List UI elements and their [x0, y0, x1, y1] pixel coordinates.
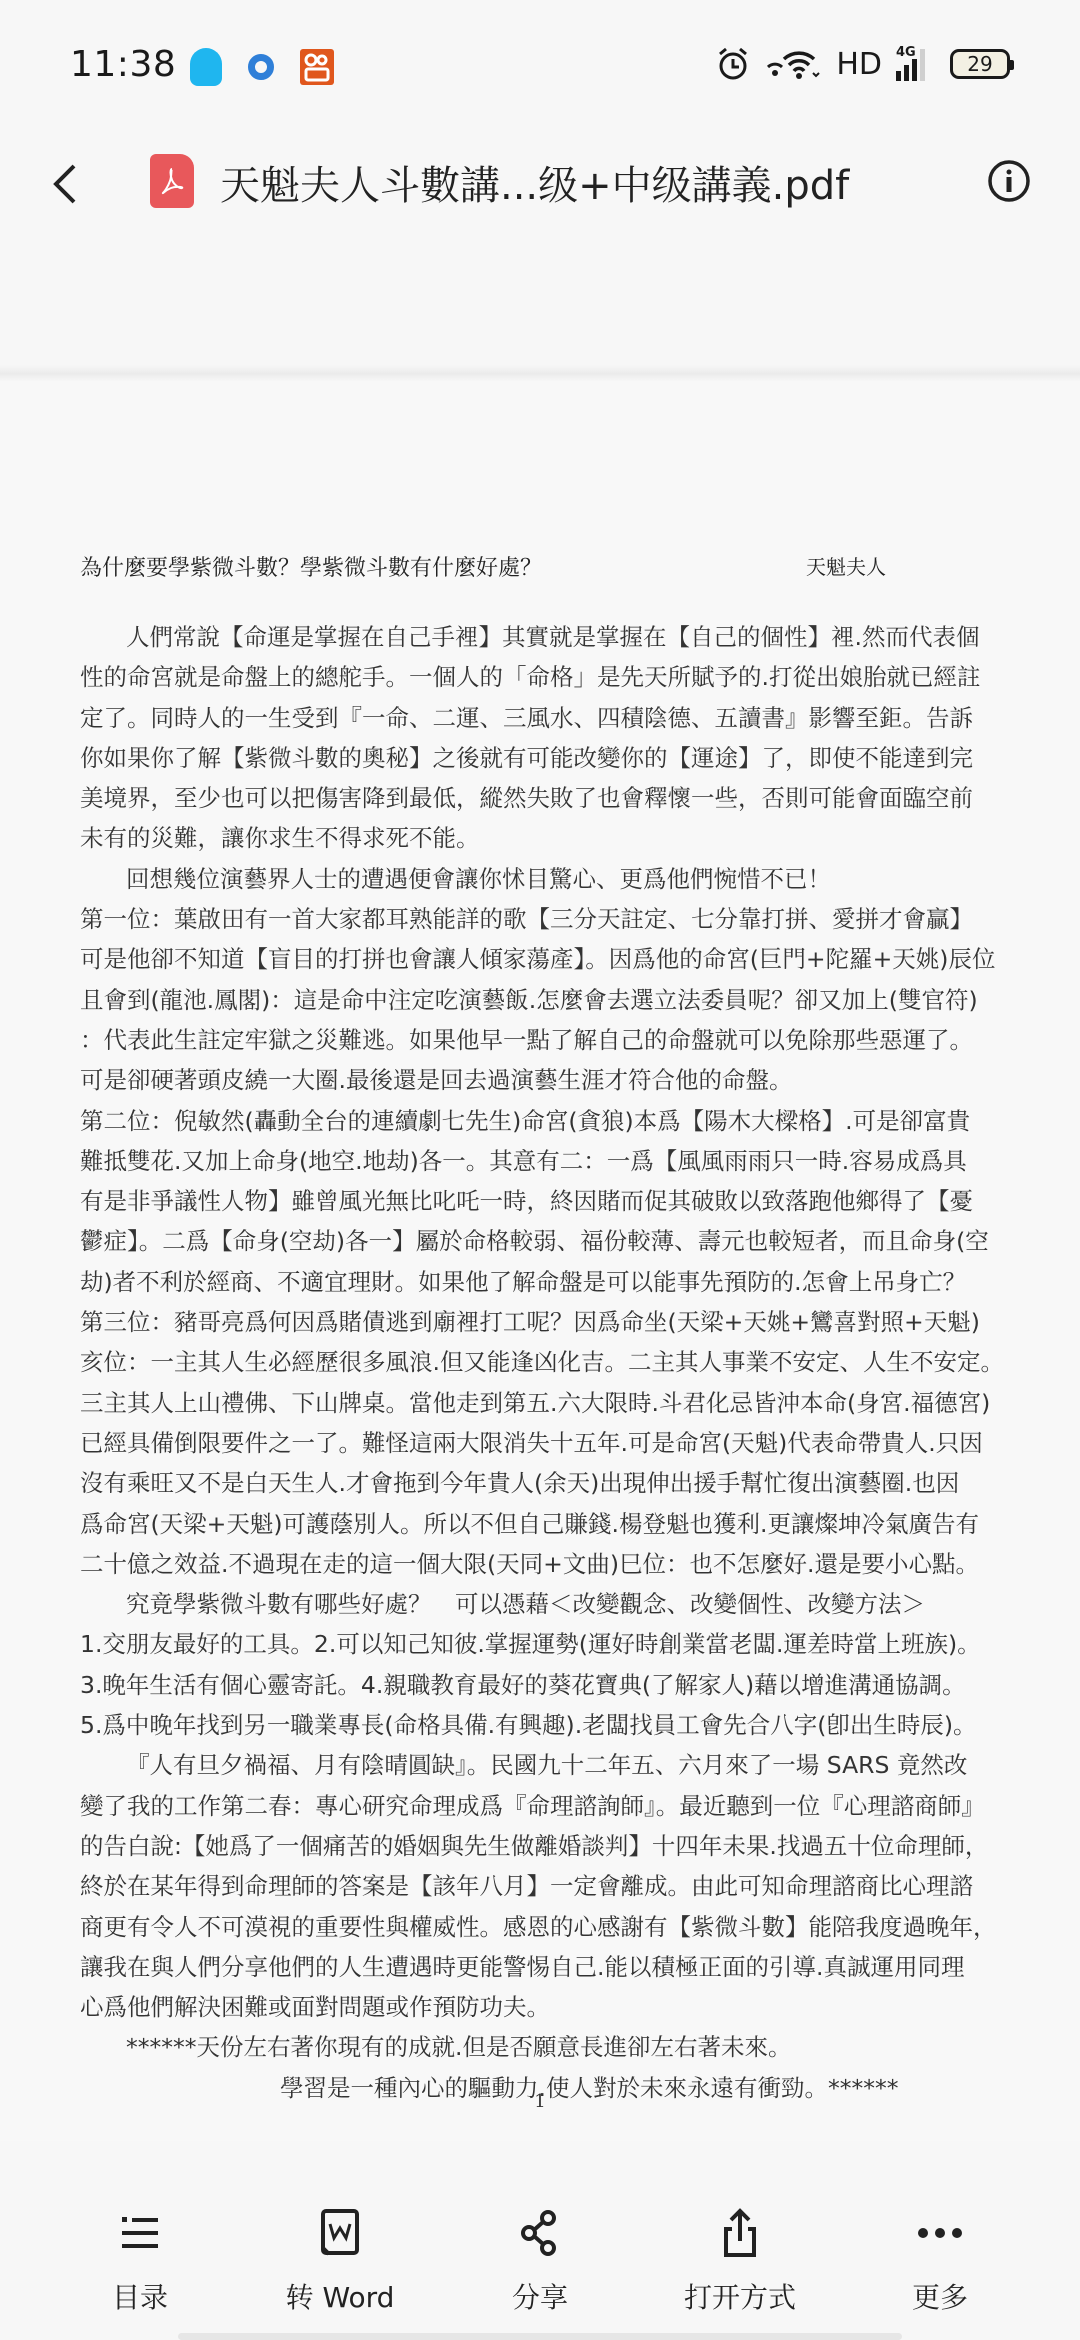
pdf-text-line: 鬱症】。二爲【命身(空劫)各一】屬於命格較弱、福份較薄、壽元也較短者，而且命身(…	[80, 1221, 1005, 1261]
page-separator	[0, 365, 1080, 381]
pdf-text-line: 且會到(龍池.鳳閣)：這是命中注定吃演藝飯.怎麼會去選立法委員呢？卻又加上(雙官…	[80, 980, 1005, 1020]
pdf-text-line: ：代表此生註定牢獄之災難逃。如果他早一點了解自己的命盤就可以免除那些惡運了。	[80, 1020, 1005, 1060]
status-bar: 11:38 HD 4G 29	[0, 0, 1080, 130]
pdf-text-line: ******天份左右著你現有的成就.但是否願意長進卻左右著未來。	[80, 2027, 1005, 2067]
share-button[interactable]: 分享	[455, 2180, 625, 2340]
pdf-text-line: 3.晚年生活有個心靈寄託。4.親職教育最好的葵花寶典(了解家人)藉以增進溝通協調…	[80, 1665, 1005, 1705]
convert-word-label: 转 Word	[286, 2276, 395, 2316]
pdf-text-line: 第一位：葉啟田有一首大家都耳熟能詳的歌【三分天註定、七分靠打拼、愛拼才會贏】	[80, 899, 1005, 939]
pdf-text-line: 未有的災難，讓你求生不得求死不能。	[80, 818, 1005, 858]
info-icon	[986, 158, 1032, 204]
document-title: 天魁夫人斗數講...级+中级講義.pdf	[220, 154, 849, 211]
pdf-author: 天魁夫人	[806, 551, 886, 580]
system-icons: HD 4G 29	[716, 46, 1010, 82]
pdf-text-line: 商更有令人不可漠視的重要性與權威性。感恩的心感謝有【紫微斗數】能陪我度過晚年，	[80, 1907, 1005, 1947]
pdf-text-line: 『人有旦夕禍福、月有陰晴圓缺』。民國九十二年五、六月來了一場 SARS 竟然改	[80, 1745, 1005, 1785]
page-number: 1	[0, 2091, 1080, 2112]
pdf-text-line: 劫)者不利於經商、不適宜理財。如果他了解命盤是可以能事先預防的.怎會上吊身亡？	[80, 1262, 1005, 1302]
pdf-text-line: 沒有乘旺又不是白天生人.才會拖到今年貴人(余天)出現伸出援手幫忙復出演藝圈.也因	[80, 1463, 1005, 1503]
chevron-left-icon	[50, 162, 80, 206]
circle-app-icon	[248, 54, 274, 80]
pdf-text-line: 心爲他們解決困難或面對問題或作預防功夫。	[80, 1987, 1005, 2027]
battery-icon: 29	[950, 49, 1010, 79]
toc-label: 目录	[112, 2276, 168, 2316]
pdf-text-line: 5.爲中晚年找到另一職業專長(命格具備.有興趣).老闆找員工會先合八字(卽出生時…	[80, 1705, 1005, 1745]
status-time: 11:38	[70, 44, 176, 85]
pdf-text-line: 讓我在與人們分享他們的人生遭遇時更能警惕自己.能以積極正面的引導.真誠運用同理	[80, 1947, 1005, 1987]
pdf-body: 人們常說【命運是掌握在自己手裡】其實就是掌握在【自己的個性】裡.然而代表個性的命…	[80, 617, 1005, 2108]
more-label: 更多	[912, 2276, 968, 2316]
more-button[interactable]: 更多	[855, 2180, 1025, 2340]
pdf-text-line: 二十億之效益.不過現在走的這一個大限(天同+文曲)巳位：也不怎麼好.還是要小心點…	[80, 1544, 1005, 1584]
alarm-icon	[716, 46, 750, 82]
wifi-icon	[764, 47, 822, 81]
info-button[interactable]	[986, 158, 1032, 204]
convert-word-button[interactable]: 转 Word	[255, 2180, 425, 2340]
open-with-button[interactable]: 打开方式	[655, 2180, 825, 2340]
pdf-text-line: 可是卻硬著頭皮繞一大圈.最後還是回去過演藝生涯才符合他的命盤。	[80, 1060, 1005, 1100]
pdf-text-line: 終於在某年得到命理師的答案是【該年八月】一定會離成。由此可知命理諮商比心理諮	[80, 1866, 1005, 1906]
hd-icon: HD	[836, 47, 882, 82]
pdf-text-line: 美境界，至少也可以把傷害降到最低，縱然失敗了也會釋懷一些，否則可能會面臨空前	[80, 778, 1005, 818]
toc-button[interactable]: 目录	[55, 2180, 225, 2340]
pdf-text-line: 1.交朋友最好的工具。2.可以知己知彼.掌握運勢(運好時創業當老闆.運差時當上班…	[80, 1624, 1005, 1664]
table-of-contents-icon	[118, 2211, 162, 2255]
pdf-text-line: 你如果你了解【紫微斗數的奧秘】之後就有可能改變你的【運途】了，即使不能達到完	[80, 738, 1005, 778]
pdf-text-line: 爲命宮(天梁+天魁)可護蔭別人。所以不但自己賺錢.楊登魁也獲利.更讓燦坤冷氣廣告…	[80, 1504, 1005, 1544]
app-bar: 天魁夫人斗數講...级+中级講義.pdf	[0, 130, 1080, 240]
back-button[interactable]	[50, 158, 90, 210]
pdf-text-line: 變了我的工作第二春：專心研究命理成爲『命理諮詢師』。最近聽到一位『心理諮商師』	[80, 1786, 1005, 1826]
home-indicator[interactable]	[178, 2333, 902, 2340]
pdf-text-line: 的告白說:【她爲了一個痛苦的婚姻與先生做離婚談判】十四年未果.找過五十位命理師，	[80, 1826, 1005, 1866]
bottom-toolbar: 目录 转 Word 分享 打开方式 更多	[0, 2180, 1080, 2340]
pdf-text-line: 三主其人上山禮佛、下山牌桌。當他走到第五.六大限時.斗君化忌皆沖本命(身宮.福德…	[80, 1383, 1005, 1423]
pdf-text-line: 人們常說【命運是掌握在自己手裡】其實就是掌握在【自己的個性】裡.然而代表個	[80, 617, 1005, 657]
open-with-icon	[718, 2207, 762, 2259]
pdf-page[interactable]: 為什麼要學紫微斗數？學紫微斗數有什麼好處？ 天魁夫人 人們常說【命運是掌握在自己…	[0, 381, 1080, 2141]
qq-icon	[190, 48, 222, 86]
pdf-text-line: 定了。同時人的一生受到『一命、二運、三風水、四積陰德、五讀書』影響至鉅。告訴	[80, 698, 1005, 738]
share-icon	[518, 2208, 562, 2258]
pdf-text-line: 難抵雙花.又加上命身(地空.地劫)各一。其意有二：一爲【風風雨雨只一時.容易成爲…	[80, 1141, 1005, 1181]
pdf-text-line: 可是他卻不知道【盲目的打拼也會讓人傾家蕩產】。因爲他的命宮(巨門+陀羅+天姚)辰…	[80, 939, 1005, 979]
pdf-text-line: 有是非爭議性人物】雖曾風光無比叱吒一時，終因賭而促其破敗以致落跑他鄉得了【憂	[80, 1181, 1005, 1221]
pdf-text-line: 性的命宮就是命盤上的總舵手。一個人的「命格」是先天所賦予的.打從出娘胎就已經註	[80, 657, 1005, 697]
pdf-text-line: 究竟學紫微斗數有哪些好處？ 可以憑藉＜改變觀念、改變個性、改變方法＞	[80, 1584, 1005, 1624]
pdf-text-line: 亥位：一主其人生必經歷很多風浪.但又能逢凶化吉。二主其人事業不安定、人生不安定。	[80, 1342, 1005, 1382]
orange-app-icon	[300, 49, 334, 85]
pdf-heading: 為什麼要學紫微斗數？學紫微斗數有什麼好處？	[80, 551, 542, 582]
notification-icons	[190, 48, 334, 86]
convert-to-word-icon	[318, 2208, 362, 2258]
pdf-text-line: 已經具備倒限要件之一了。難怪這兩大限消失十五年.可是命宮(天魁)代表命帶貴人.只…	[80, 1423, 1005, 1463]
open-with-label: 打开方式	[684, 2276, 796, 2316]
4g-signal-icon: 4G	[896, 47, 936, 81]
share-label: 分享	[512, 2276, 568, 2316]
pdf-icon	[150, 154, 194, 208]
more-icon	[916, 2226, 964, 2240]
pdf-text-line: 第三位：豬哥亮爲何因爲賭債逃到廟裡打工呢？因爲命坐(天梁+天姚+鸞喜對照+天魁)	[80, 1302, 1005, 1342]
pdf-text-line: 回想幾位演藝界人士的遭遇便會讓你怵目驚心、更爲他們惋惜不已！	[80, 859, 1005, 899]
pdf-text-line: 第二位：倪敏然(轟動全台的連續劇七先生)命宮(貪狼)本爲【陽木大樑格】.可是卻富…	[80, 1101, 1005, 1141]
